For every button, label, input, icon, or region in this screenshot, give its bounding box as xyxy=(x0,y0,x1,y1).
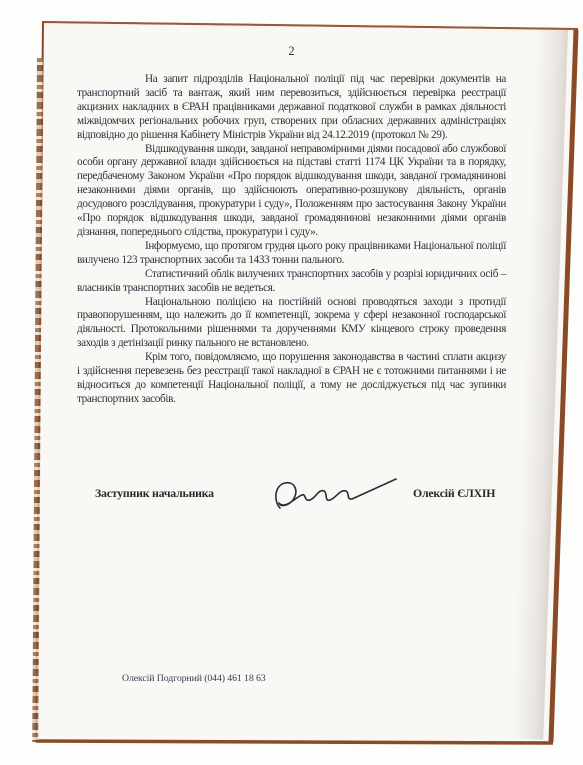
body-paragraph: Відшкодування шкоди, завданої неправомір… xyxy=(77,143,506,240)
body-paragraph: Інформуємо, що протягом грудня цього рок… xyxy=(77,240,506,268)
signer-position-title: Заступник начальника xyxy=(95,486,214,501)
letter-paragraphs: На запит підрозділів Національної поліці… xyxy=(77,73,506,407)
body-paragraph: На запит підрозділів Національної поліці… xyxy=(77,73,506,143)
body-paragraph: Статистичний облік вилучених транспортни… xyxy=(77,268,506,296)
page-number: 2 xyxy=(77,44,506,59)
handwritten-signature-icon xyxy=(270,472,400,520)
signer-name: Олексій ЄЛХІН xyxy=(413,486,495,501)
scanned-document-page: 2 На запит підрозділів Національної полі… xyxy=(0,0,583,765)
letter-body: 2 На запит підрозділів Національної полі… xyxy=(77,44,506,407)
body-paragraph: Крім того, повідомляємо, що порушення за… xyxy=(77,351,506,407)
body-paragraph: Національною поліцією на постійній основ… xyxy=(77,296,506,352)
executor-contact: Олексій Подгорний (044) 461 18 63 xyxy=(122,673,266,684)
